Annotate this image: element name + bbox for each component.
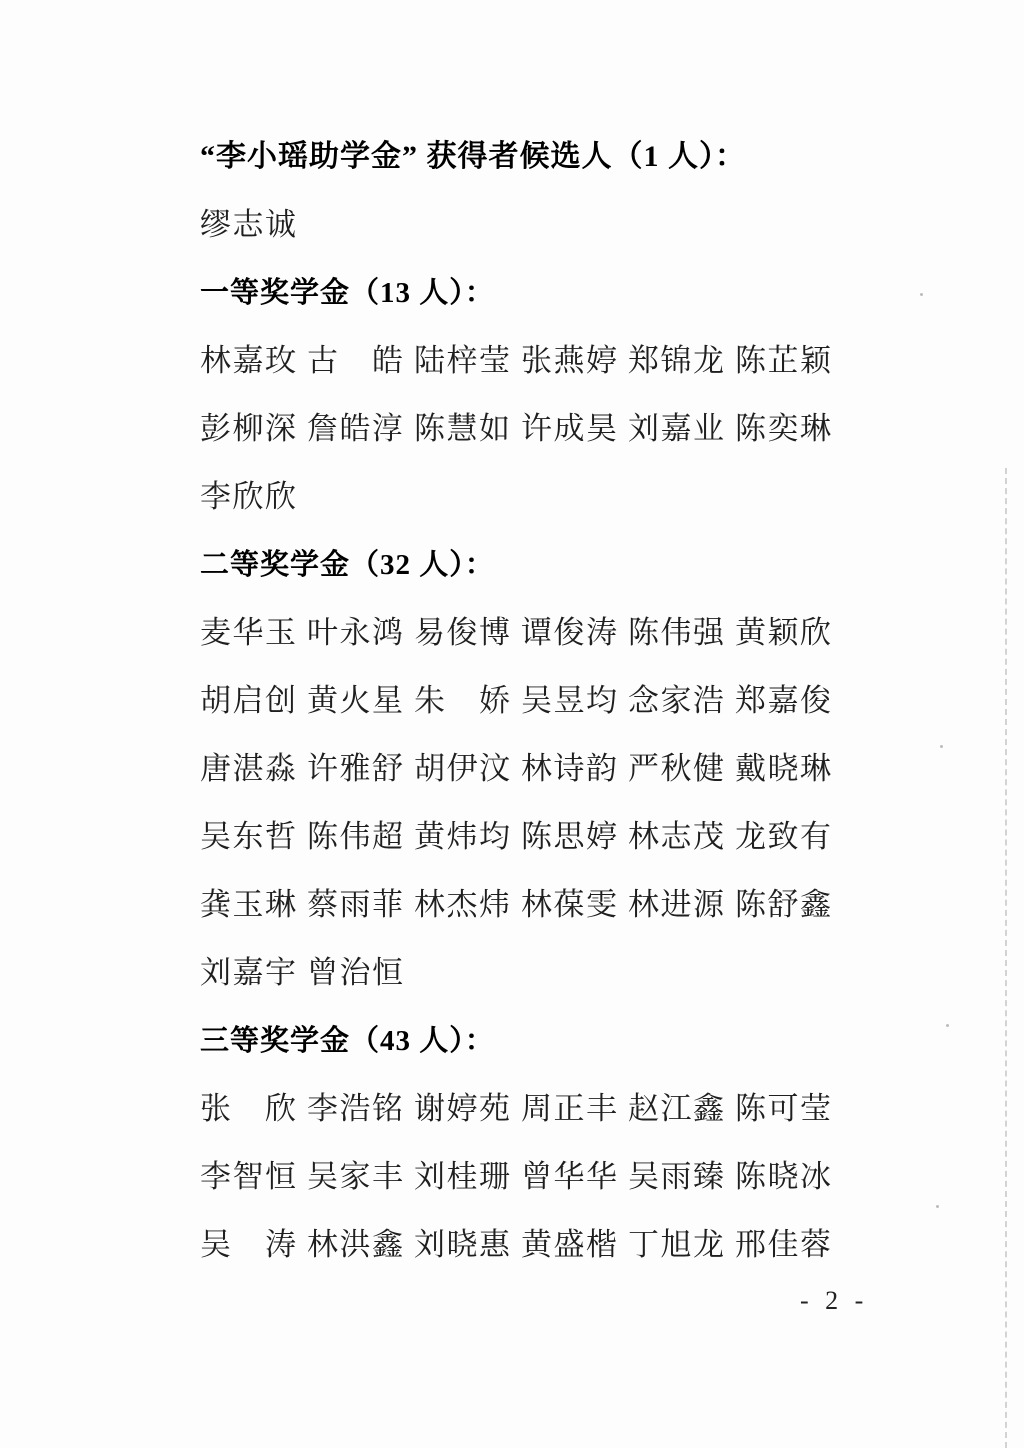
document-page: “李小瑶助学金” 获得者候选人（1 人）： 缪志诚 一等奖学金（13 人）：林嘉… <box>0 0 1024 1448</box>
student-name: 陈晓冰 <box>735 1160 831 1194</box>
student-name: 麦华玉 <box>200 616 296 650</box>
student-name: 周正丰 <box>521 1092 617 1126</box>
student-name: 陈伟超 <box>307 820 403 854</box>
student-name: 黄炜均 <box>414 820 510 854</box>
student-name: 唐湛淼 <box>200 752 296 786</box>
name-row: 吴东哲陈伟超黄炜均陈思婷林志茂龙致有 <box>200 820 1024 854</box>
student-name: 朱 娇 <box>414 684 510 718</box>
student-name: 龚玉琳 <box>200 888 296 922</box>
student-name: 陈思婷 <box>521 820 617 854</box>
name-row: 胡启创黄火星朱 娇吴昱均念家浩郑嘉俊 <box>200 684 1024 718</box>
student-name: 刘桂珊 <box>414 1160 510 1194</box>
scan-artifact-line <box>1005 468 1007 1448</box>
student-name: 胡启创 <box>200 684 296 718</box>
student-name: 许成昊 <box>521 412 617 446</box>
student-name: 张燕婷 <box>521 344 617 378</box>
student-name: 叶永鸿 <box>307 616 403 650</box>
student-name: 陈慧如 <box>414 412 510 446</box>
scan-speck <box>946 1024 949 1027</box>
name-row: 林嘉玫古 皓陆梓莹张燕婷郑锦龙陈芷颖 <box>200 344 1024 378</box>
student-name: 吴 涛 <box>200 1228 296 1262</box>
student-name: 丁旭龙 <box>628 1228 724 1262</box>
student-name: 刘嘉业 <box>628 412 724 446</box>
student-name: 许雅舒 <box>307 752 403 786</box>
student-name: 谢婷苑 <box>414 1092 510 1126</box>
student-name: 易俊博 <box>414 616 510 650</box>
student-name: 谭俊涛 <box>521 616 617 650</box>
student-name: 胡伊汶 <box>414 752 510 786</box>
scan-speck <box>940 745 943 748</box>
student-name: 陈芷颖 <box>735 344 831 378</box>
section-heading: 三等奖学金（43 人）： <box>200 1024 1024 1058</box>
student-name: 吴家丰 <box>307 1160 403 1194</box>
name-row: 吴 涛林洪鑫刘晓惠黄盛楷丁旭龙邢佳蓉 <box>200 1228 1024 1262</box>
student-name: 赵江鑫 <box>628 1092 724 1126</box>
name-row: 张 欣李浩铭谢婷苑周正丰赵江鑫陈可莹 <box>200 1092 1024 1126</box>
student-name: 邢佳蓉 <box>735 1228 831 1262</box>
student-name: 刘嘉宇 <box>200 956 296 990</box>
student-name: 林进源 <box>628 888 724 922</box>
name-row: 刘嘉宇曾治恒 <box>200 956 1024 990</box>
student-name: 陆梓莹 <box>414 344 510 378</box>
student-name: 吴东哲 <box>200 820 296 854</box>
student-name: 黄颖欣 <box>735 616 831 650</box>
student-name: 林诗韵 <box>521 752 617 786</box>
student-name: 陈舒鑫 <box>735 888 831 922</box>
student-name: 李欣欣 <box>200 480 296 514</box>
name-row: 龚玉琳蔡雨菲林杰炜林葆雯林进源陈舒鑫 <box>200 888 1024 922</box>
student-name: 念家浩 <box>628 684 724 718</box>
student-name: 曾治恒 <box>307 956 403 990</box>
special-award-heading: “李小瑶助学金” 获得者候选人（1 人）： <box>200 140 1024 174</box>
student-name: 刘晓惠 <box>414 1228 510 1262</box>
student-name: 林葆雯 <box>521 888 617 922</box>
student-name: 古 皓 <box>307 344 403 378</box>
name-row: 李欣欣 <box>200 480 1024 514</box>
student-name: 陈奕琳 <box>735 412 831 446</box>
student-name: 蔡雨菲 <box>307 888 403 922</box>
student-name: 戴晓琳 <box>735 752 831 786</box>
student-name: 吴雨臻 <box>628 1160 724 1194</box>
page-number: - 2 - <box>800 1286 868 1316</box>
name-row: 彭柳深詹皓淳陈慧如许成昊刘嘉业陈奕琳 <box>200 412 1024 446</box>
scan-speck <box>936 1205 939 1208</box>
name-row: 麦华玉叶永鸿易俊博谭俊涛陈伟强黄颖欣 <box>200 616 1024 650</box>
student-name: 黄火星 <box>307 684 403 718</box>
student-name: 缪志诚 <box>200 208 296 242</box>
name-row: 唐湛淼许雅舒胡伊汶林诗韵严秋健戴晓琳 <box>200 752 1024 786</box>
student-name: 林洪鑫 <box>307 1228 403 1262</box>
student-name: 林杰炜 <box>414 888 510 922</box>
student-name: 陈可莹 <box>735 1092 831 1126</box>
student-name: 彭柳深 <box>200 412 296 446</box>
student-name: 黄盛楷 <box>521 1228 617 1262</box>
section-heading: 一等奖学金（13 人）： <box>200 276 1024 310</box>
student-name: 林志茂 <box>628 820 724 854</box>
student-name: 曾华华 <box>521 1160 617 1194</box>
student-name: 吴昱均 <box>521 684 617 718</box>
student-name: 龙致有 <box>735 820 831 854</box>
section-heading: 二等奖学金（32 人）： <box>200 548 1024 582</box>
scholarship-sections: 一等奖学金（13 人）：林嘉玫古 皓陆梓莹张燕婷郑锦龙陈芷颖彭柳深詹皓淳陈慧如许… <box>0 276 1024 1262</box>
student-name: 张 欣 <box>200 1092 296 1126</box>
student-name: 陈伟强 <box>628 616 724 650</box>
student-name: 李浩铭 <box>307 1092 403 1126</box>
scan-speck <box>920 293 923 296</box>
student-name: 郑嘉俊 <box>735 684 831 718</box>
special-award-names-row: 缪志诚 <box>200 208 1024 242</box>
student-name: 严秋健 <box>628 752 724 786</box>
student-name: 郑锦龙 <box>628 344 724 378</box>
student-name: 林嘉玫 <box>200 344 296 378</box>
name-row: 李智恒吴家丰刘桂珊曾华华吴雨臻陈晓冰 <box>200 1160 1024 1194</box>
student-name: 李智恒 <box>200 1160 296 1194</box>
student-name: 詹皓淳 <box>307 412 403 446</box>
